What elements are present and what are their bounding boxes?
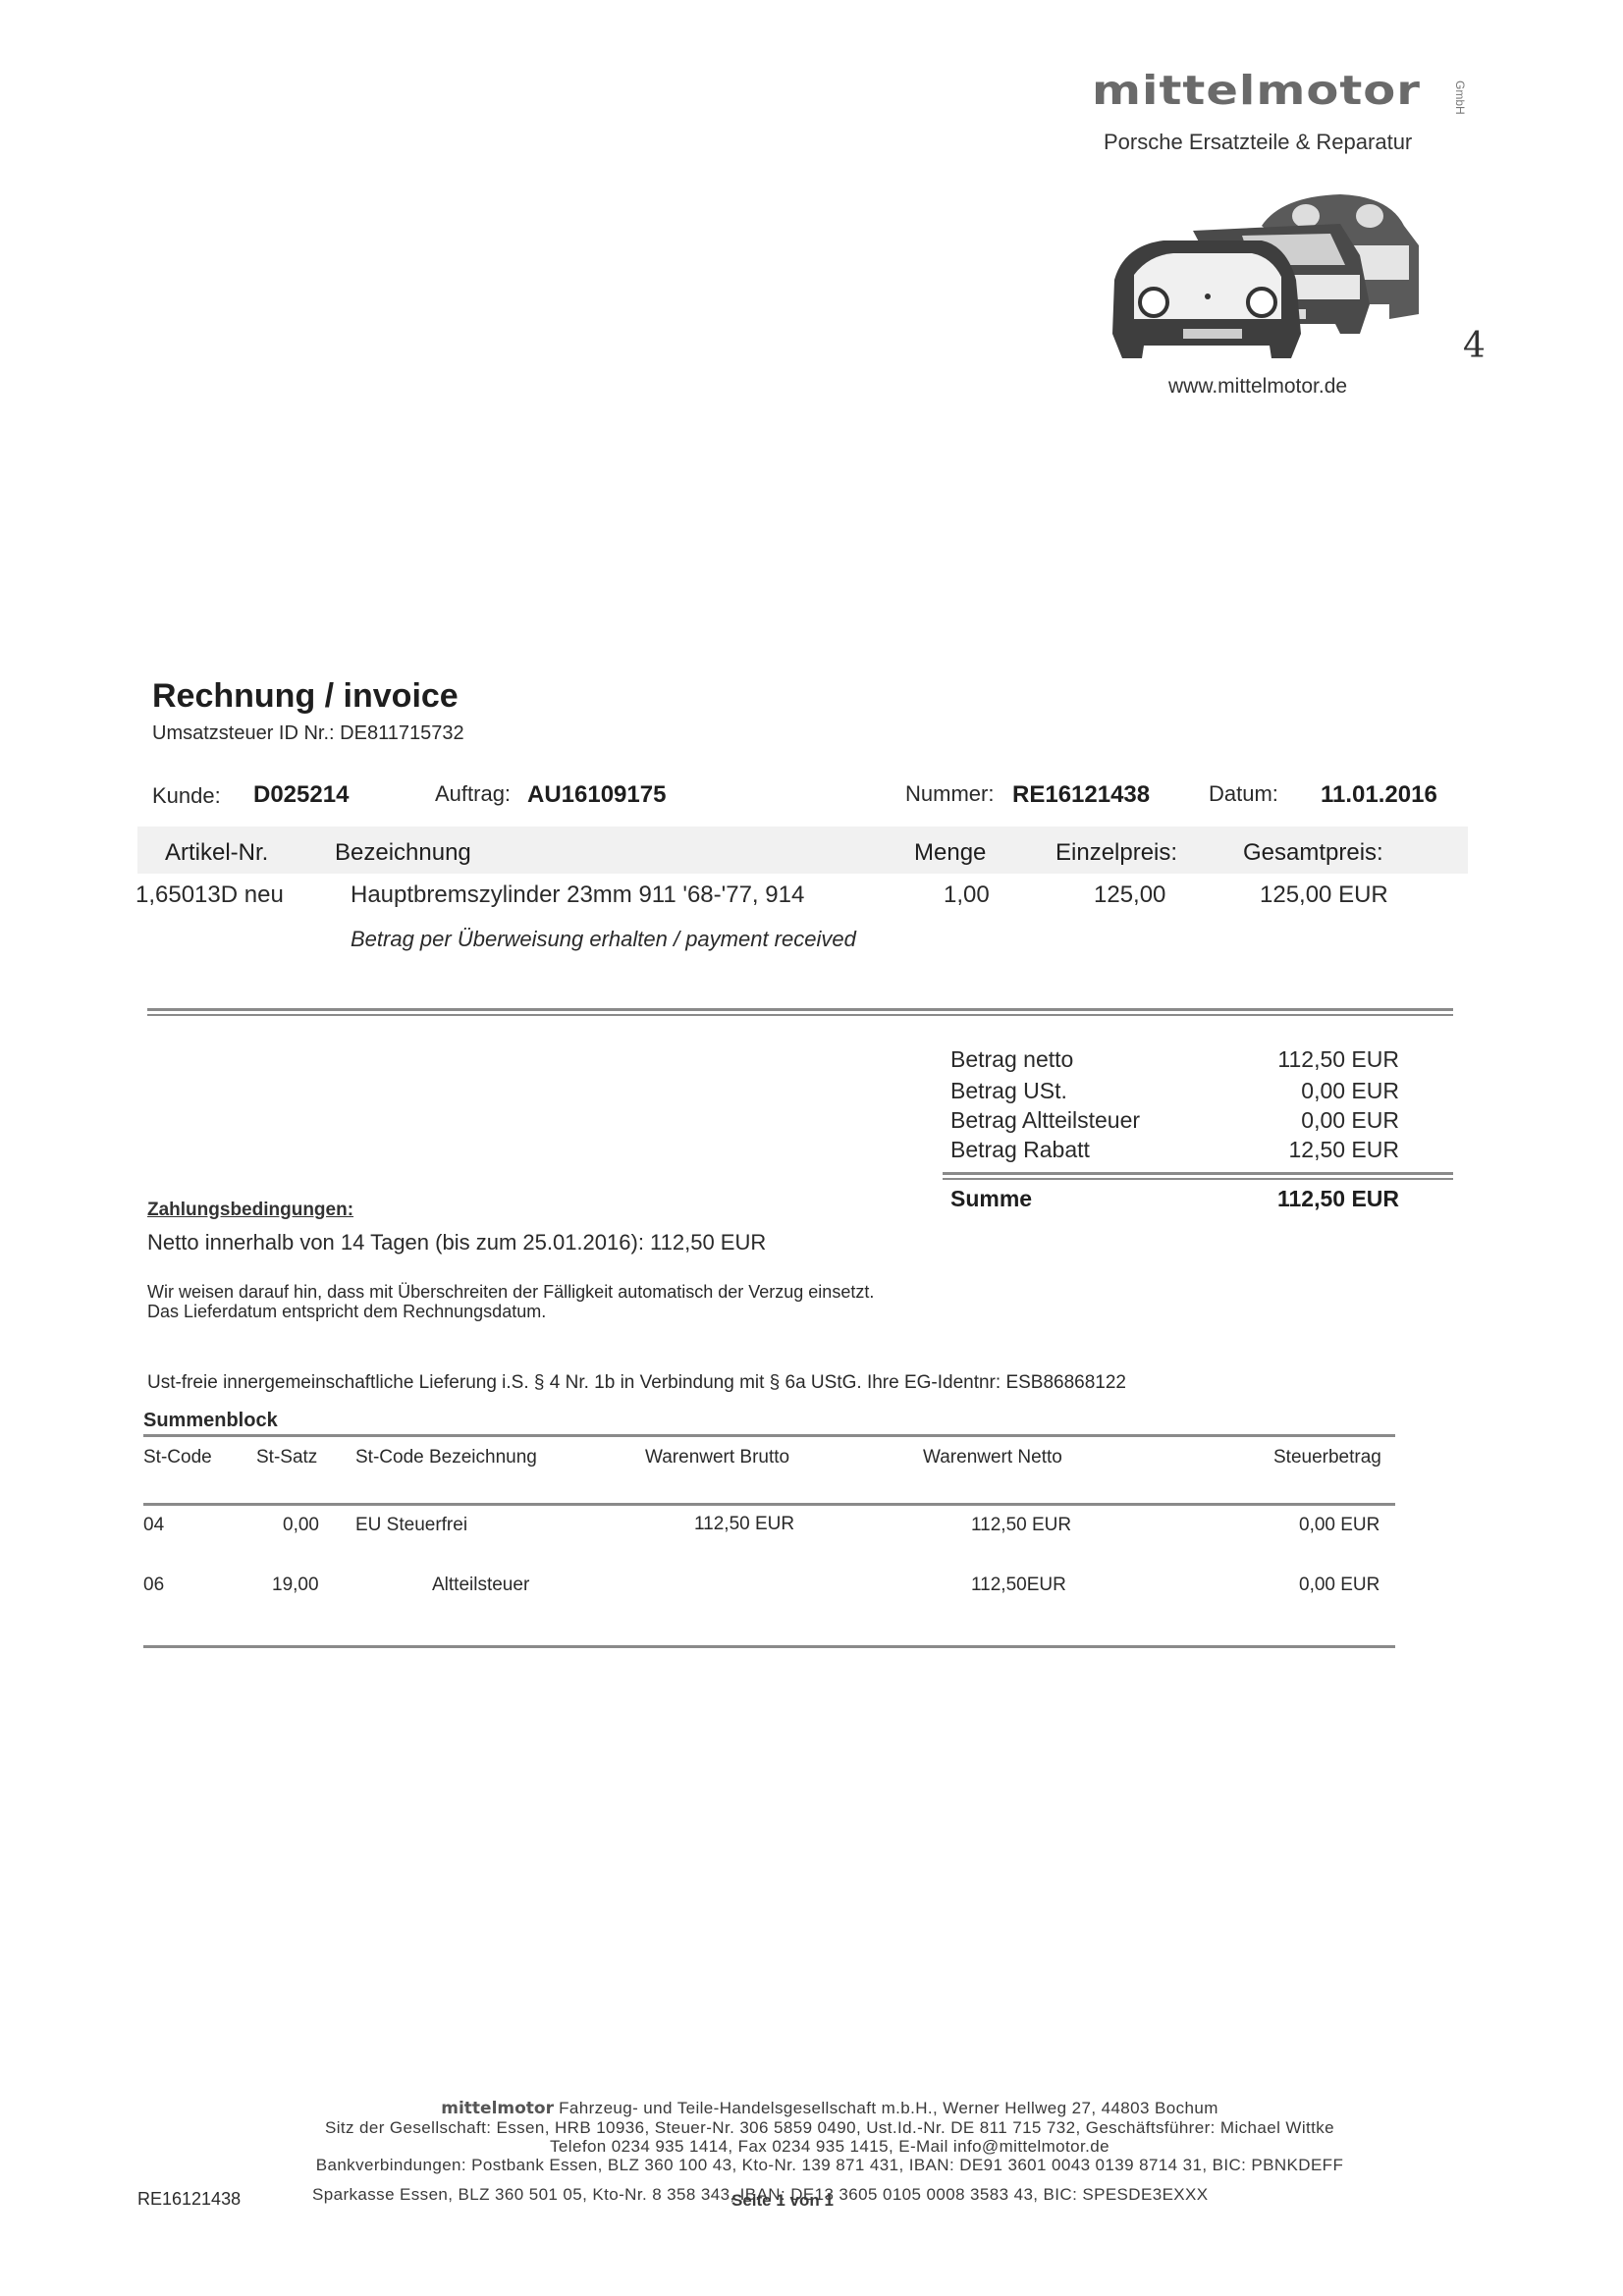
col-header-quantity: Menge	[914, 839, 986, 867]
legal-form: GmbH	[1453, 80, 1467, 115]
item-description: Hauptbremszylinder 23mm 911 '68-'77, 914	[351, 881, 804, 909]
porsche-cars-image	[1095, 187, 1434, 363]
total-value: 0,00 EUR	[1301, 1078, 1399, 1104]
item-quantity: 1,00	[944, 881, 990, 909]
total-value: 12,50 EUR	[1288, 1137, 1399, 1163]
sb-net: 112,50 EUR	[971, 1515, 1071, 1536]
col-header-total-price: Gesamtpreis:	[1243, 839, 1383, 867]
summenblock-title: Summenblock	[143, 1410, 278, 1432]
sb-tax: 0,00 EUR	[1299, 1575, 1380, 1596]
sb-tax: 0,00 EUR	[1299, 1515, 1380, 1536]
sum-label: Summe	[950, 1186, 1032, 1212]
invoice-number: RE16121438	[1012, 781, 1150, 809]
sb-rate: 19,00	[272, 1575, 319, 1596]
sb-header-name: St-Code Bezeichnung	[355, 1447, 537, 1468]
sb-name: EU Steuerfrei	[355, 1515, 467, 1536]
footer-line-1: mittelmotor Fahrzeug- und Teile-Handelsg…	[226, 2099, 1434, 2118]
sb-header-net: Warenwert Netto	[923, 1447, 1062, 1468]
sb-header-tax: Steuerbetrag	[1273, 1447, 1381, 1468]
sb-header-gross: Warenwert Brutto	[645, 1447, 789, 1468]
tax-exemption-note: Ust-freie innergemeinschaftliche Lieferu…	[147, 1372, 1126, 1394]
customer-number: D025214	[253, 781, 349, 809]
total-label: Betrag Altteilsteuer	[950, 1107, 1140, 1134]
summenblock-bottom-rule	[143, 1645, 1395, 1651]
item-article-no: 1,65013D neu	[135, 881, 284, 909]
sb-name: Altteilsteuer	[432, 1575, 529, 1596]
sb-header-code: St-Code	[143, 1447, 212, 1468]
invoice-reference: RE16121438	[137, 2189, 241, 2210]
late-payment-notice: Wir weisen darauf hin, dass mit Überschr…	[147, 1282, 874, 1303]
order-label: Auftrag:	[435, 781, 511, 807]
invoice-date: 11.01.2016	[1321, 781, 1437, 809]
order-number: AU16109175	[527, 781, 666, 809]
sb-net: 112,50EUR	[971, 1575, 1066, 1596]
total-value: 112,50 EUR	[1277, 1046, 1399, 1073]
sb-code: 06	[143, 1575, 164, 1596]
total-label: Betrag Rabatt	[950, 1137, 1090, 1163]
date-label: Datum:	[1209, 781, 1278, 807]
total-value: 0,00 EUR	[1301, 1107, 1399, 1134]
customer-label: Kunde:	[152, 783, 221, 809]
footer-line-3: Telefon 0234 935 1414, Fax 0234 935 1415…	[226, 2137, 1434, 2156]
vat-id-line: Umsatzsteuer ID Nr.: DE811715732	[152, 722, 464, 745]
document-title: Rechnung / invoice	[152, 677, 459, 716]
sb-code: 04	[143, 1515, 164, 1536]
payment-terms-heading: Zahlungsbedingungen:	[147, 1200, 353, 1221]
item-total-price: 125,00 EUR	[1260, 881, 1388, 909]
summenblock-header-rule	[143, 1503, 1395, 1509]
company-footer: mittelmotor Fahrzeug- und Teile-Handelsg…	[226, 2099, 1434, 2174]
company-tagline: Porsche Ersatzteile & Reparatur	[1104, 130, 1412, 155]
col-header-description: Bezeichnung	[335, 839, 471, 867]
payment-terms-text: Netto innerhalb von 14 Tagen (bis zum 25…	[147, 1230, 766, 1255]
total-label: Betrag USt.	[950, 1078, 1067, 1104]
vat-id-value: DE811715732	[340, 722, 463, 744]
footer-logo: mittelmotor	[441, 2099, 554, 2118]
footer-line-4: Bankverbindungen: Postbank Essen, BLZ 36…	[226, 2156, 1434, 2174]
sum-divider	[943, 1172, 1453, 1180]
sb-gross: 112,50 EUR	[694, 1514, 794, 1535]
item-payment-note: Betrag per Überweisung erhalten / paymen…	[351, 925, 881, 953]
page-number: Seite 1 von 1	[731, 2191, 834, 2211]
col-header-unit-price: Einzelpreis:	[1055, 839, 1177, 867]
sb-rate: 0,00	[283, 1515, 319, 1536]
items-divider	[147, 1008, 1453, 1016]
sb-header-rate: St-Satz	[256, 1447, 317, 1468]
vat-id-label: Umsatzsteuer ID Nr.:	[152, 722, 335, 744]
invoice-number-label: Nummer:	[905, 781, 994, 807]
col-header-article-no: Artikel-Nr.	[165, 839, 268, 867]
delivery-date-notice: Das Lieferdatum entspricht dem Rechnungs…	[147, 1302, 546, 1322]
company-website[interactable]: www.mittelmotor.de	[1168, 375, 1347, 399]
handwritten-mark: 4	[1463, 326, 1486, 366]
sum-value: 112,50 EUR	[1277, 1186, 1399, 1212]
footer-line-2: Sitz der Gesellschaft: Essen, HRB 10936,…	[226, 2118, 1434, 2137]
total-label: Betrag netto	[950, 1046, 1073, 1073]
item-unit-price: 125,00	[1094, 881, 1165, 909]
company-logo: mittelmotor	[1092, 71, 1421, 111]
summenblock-top-rule	[143, 1434, 1395, 1440]
